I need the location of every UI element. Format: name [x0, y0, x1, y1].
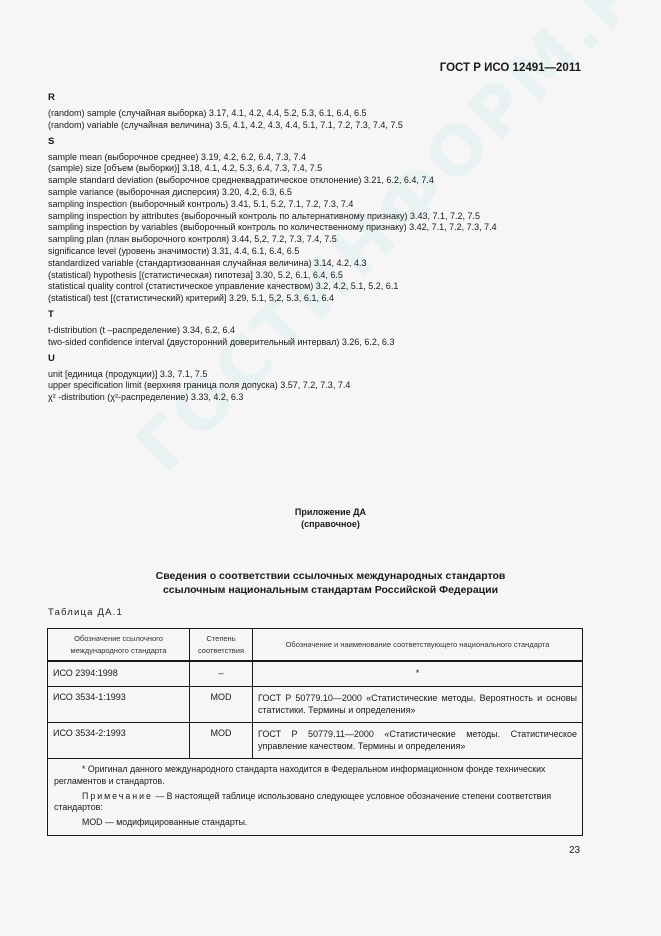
document-code: ГОСТ Р ИСО 12491—2011	[440, 62, 581, 74]
index-letter: S	[48, 136, 608, 148]
appendix-title: Приложение ДА	[0, 506, 661, 518]
index-group: Uunit [единица (продукции)] 3.3, 7.1, 7.…	[48, 353, 608, 404]
section-title-line1: Сведения о соответствии ссылочных междун…	[0, 570, 661, 584]
index-entry: upper specification limit (верхняя грани…	[48, 380, 608, 392]
index-group: R(random) sample (случайная выборка) 3.1…	[48, 92, 608, 132]
index-entry: sampling plan (план выборочного контроля…	[48, 234, 608, 246]
index-entry: standardized variable (стандартизованная…	[48, 258, 608, 270]
cell-intl-standard: ИСО 3534-1:1993	[48, 687, 190, 723]
index-letter: U	[48, 353, 608, 365]
table-note: Примечание — В настоящей таблице использ…	[54, 791, 576, 815]
document-page: ГОСТИНФОРМ.РУ ГОСТ Р ИСО 12491—2011 R(ra…	[0, 0, 661, 936]
index-entry: χ² -distribution (χ²-распределение) 3.33…	[48, 392, 608, 404]
index-entry: (random) variable (случайная величина) 3…	[48, 120, 608, 132]
appendix-subtitle: (справочное)	[0, 518, 661, 530]
cell-national-standard: ГОСТ Р 50779.11—2000 «Статистические мет…	[253, 723, 583, 759]
table-header-row: Обозначение ссылочного международного ст…	[48, 629, 583, 662]
index-entry: two-sided confidence interval (двусторон…	[48, 337, 608, 349]
cell-intl-standard: ИСО 2394:1998	[48, 661, 190, 687]
term-index: R(random) sample (случайная выборка) 3.1…	[48, 92, 608, 408]
index-entry: sample variance (выборочная дисперсия) 3…	[48, 187, 608, 199]
index-entry: statistical quality control (статистичес…	[48, 281, 608, 293]
cell-intl-standard: ИСО 3534-2:1993	[48, 723, 190, 759]
appendix-heading: Приложение ДА (справочное)	[0, 506, 661, 530]
index-entry: sampling inspection by variables (выборо…	[48, 222, 608, 234]
cell-degree: –	[190, 661, 253, 687]
table-notes: * Оригинал данного международного станда…	[48, 759, 583, 836]
table-row: ИСО 2394:1998 – *	[48, 661, 583, 687]
table-footnote: * Оригинал данного международного станда…	[54, 764, 576, 788]
table-row: ИСО 3534-1:1993 MOD ГОСТ Р 50779.10—2000…	[48, 687, 583, 723]
header-degree: Степень соответствия	[190, 629, 253, 662]
index-entry: (random) sample (случайная выборка) 3.17…	[48, 108, 608, 120]
index-entry: significance level (уровень значимости) …	[48, 246, 608, 258]
cell-degree: MOD	[190, 723, 253, 759]
header-intl-standard: Обозначение ссылочного международного ст…	[48, 629, 190, 662]
index-group: Ssample mean (выборочное среднее) 3.19, …	[48, 136, 608, 305]
index-letter: T	[48, 309, 608, 321]
index-entry: t-distribution (t –распределение) 3.34, …	[48, 325, 608, 337]
section-title: Сведения о соответствии ссылочных междун…	[0, 570, 661, 597]
index-entry: (statistical) hypothesis [(статистическа…	[48, 270, 608, 282]
index-entry: (sample) size [объем (выборки)] 3.18, 4.…	[48, 163, 608, 175]
table-caption: Таблица ДА.1	[48, 607, 123, 618]
note-item: MOD — модифицированные стандарты.	[54, 817, 576, 829]
cell-national-standard: *	[253, 661, 583, 687]
standards-table: Обозначение ссылочного международного ст…	[47, 628, 583, 836]
index-entry: (statistical) test [(статистический) кри…	[48, 293, 608, 305]
page-number: 23	[569, 845, 580, 856]
cell-degree: MOD	[190, 687, 253, 723]
index-group: Tt-distribution (t –распределение) 3.34,…	[48, 309, 608, 349]
index-entry: sample mean (выборочное среднее) 3.19, 4…	[48, 152, 608, 164]
header-national-standard: Обозначение и наименование соответствующ…	[253, 629, 583, 662]
index-entry: sampling inspection (выборочный контроль…	[48, 199, 608, 211]
index-entry: sampling inspection by attributes (выбор…	[48, 211, 608, 223]
note-label: Примечание	[82, 791, 153, 801]
index-entry: unit [единица (продукции)] 3.3, 7.1, 7.5	[48, 369, 608, 381]
table-row: ИСО 3534-2:1993 MOD ГОСТ Р 50779.11—2000…	[48, 723, 583, 759]
index-letter: R	[48, 92, 608, 104]
section-title-line2: ссылочным национальным стандартам Россий…	[0, 584, 661, 598]
index-entry: sample standard deviation (выборочное ср…	[48, 175, 608, 187]
cell-national-standard: ГОСТ Р 50779.10—2000 «Статистические мет…	[253, 687, 583, 723]
table-notes-row: * Оригинал данного международного станда…	[48, 759, 583, 836]
